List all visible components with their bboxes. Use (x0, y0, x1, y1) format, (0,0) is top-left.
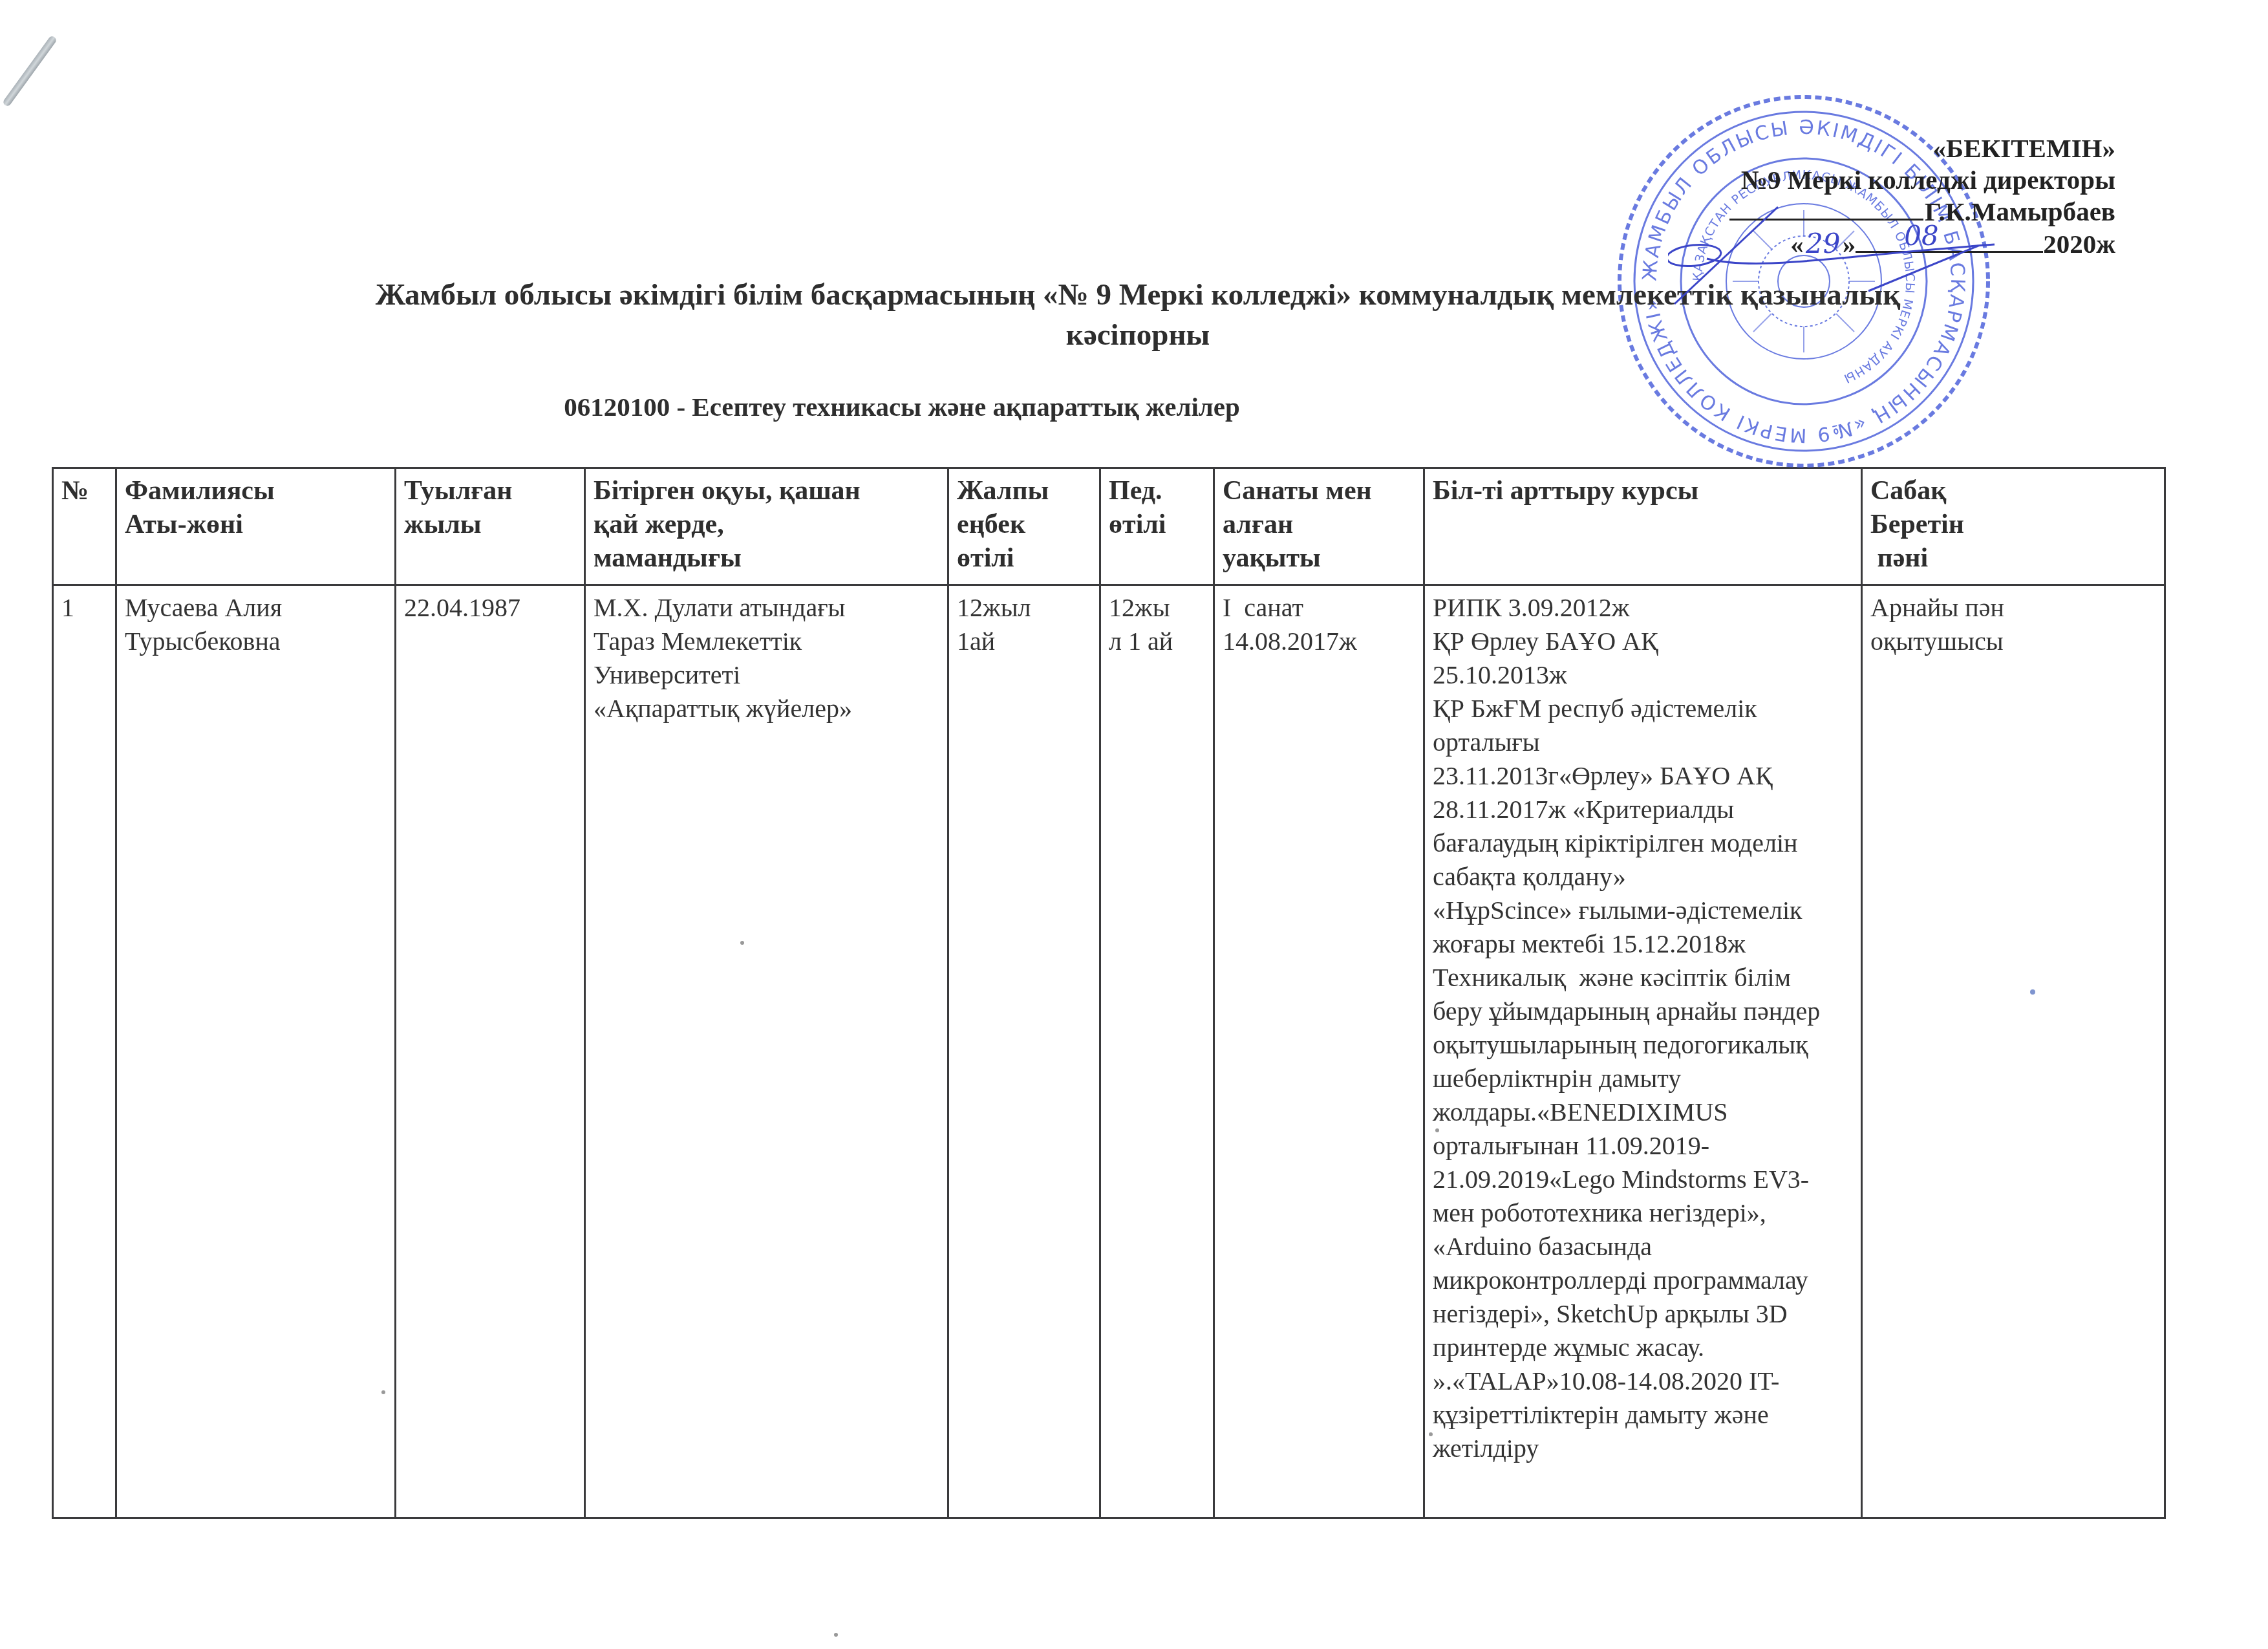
cell-text-line: қай жерде, (594, 508, 941, 541)
cell-text-line: орталығынан 11.09.2019- (1433, 1129, 1854, 1163)
cell-birth-date: 22.04.1987 (396, 585, 585, 1518)
cell-text-line: бағалаудың кіріктірілген моделін (1433, 826, 1854, 860)
cell-text-line: оқытушыларының педогогикалық (1433, 1028, 1854, 1062)
cell-text-line: жоғары мектебі 15.12.2018ж (1433, 927, 1854, 961)
header-ped-experience: Пед.өтілі (1100, 468, 1214, 585)
scan-speck (1429, 1432, 1433, 1436)
cell-text-line: негіздері», SketchUp арқылы 3D (1433, 1297, 1854, 1331)
cell-ped-experience: 12жыл 1 ай (1100, 585, 1214, 1518)
cell-text-line: Арнайы пән (1870, 591, 2157, 625)
title-line-1: Жамбыл облысы әкімдігі білім басқармасын… (123, 275, 2153, 315)
cell-text-line: Турысбековна (125, 625, 388, 658)
approval-heading: «БЕКІТЕМІН» (1729, 133, 2115, 164)
approval-block: «БЕКІТЕМІН» №9 Меркі колледжі директоры … (1729, 133, 2115, 260)
approval-name: Г.К.Мамырбаев (1925, 197, 2115, 226)
cell-text-line: Сабақ (1870, 474, 2157, 508)
cell-text-line: РИПК 3.09.2012ж (1433, 591, 1854, 625)
cell-full-name: Мусаева АлияТурысбековна (116, 585, 396, 1518)
cell-text-line: мен робототехника негіздері», (1433, 1196, 1854, 1230)
cell-total-experience: 12жыл1ай (948, 585, 1100, 1518)
header-birth-date: Туылғанжылы (396, 468, 585, 585)
cell-text-line: М.Х. Дулати атындағы (594, 591, 941, 625)
cell-text-line: құзіреттіліктерін дамыту және (1433, 1398, 1854, 1432)
cell-subject: Арнайы пәноқытушысы (1862, 585, 2165, 1518)
cell-number: 1 (53, 585, 116, 1518)
date-open-quote: « (1790, 229, 1804, 259)
cell-text-line: 25.10.2013ж (1433, 658, 1854, 692)
cell-text-line: еңбек (957, 508, 1093, 541)
signature-line (1729, 198, 1923, 221)
cell-text-line: 14.08.2017ж (1223, 625, 1417, 658)
cell-text-line: «Ақпараттық жүйелер» (594, 692, 941, 726)
cell-text-line: Беретін (1870, 508, 2157, 541)
scan-speck (834, 1633, 838, 1637)
date-month-handwritten: 08 (1904, 220, 1938, 252)
cell-text-line: мамандығы (594, 541, 941, 575)
table-header-row: № ФамилиясыАты-жөні Туылғанжылы Бітірген… (53, 468, 2165, 585)
staple-mark (2, 35, 58, 107)
cell-text-line: жылы (404, 508, 577, 541)
cell-text-line: Техникалық және кәсіптік білім (1433, 961, 1854, 995)
cell-text-line: Мусаева Алия (125, 591, 388, 625)
cell-text-line: жолдары.«BENEDIXIMUS (1433, 1095, 1854, 1129)
scan-speck (1435, 1128, 1439, 1132)
cell-text-line: 12жыл (957, 591, 1093, 625)
cell-courses: РИПК 3.09.2012жҚР Өрлеу БАҰО АҚ25.10.201… (1424, 585, 1862, 1518)
cell-text-line: 1ай (957, 625, 1093, 658)
staff-table: № ФамилиясыАты-жөні Туылғанжылы Бітірген… (52, 467, 2166, 1519)
cell-text-line: Біл-ті арттыру курсы (1433, 474, 1854, 508)
approval-position: №9 Меркі колледжі директоры (1729, 164, 2115, 196)
header-number: № (53, 468, 116, 585)
scan-speck (381, 1390, 385, 1394)
header-courses: Біл-ті арттыру курсы (1424, 468, 1862, 585)
cell-education: М.Х. Дулати атындағыТараз МемлекеттікУни… (585, 585, 948, 1518)
cell-text-line: өтілі (957, 541, 1093, 575)
cell-text-line: жетілдіру (1433, 1432, 1854, 1465)
date-month-line: 08 (1856, 230, 2043, 253)
header-education: Бітірген оқуы, қашанқай жерде,мамандығы (585, 468, 948, 585)
header-total-experience: Жалпыеңбекөтілі (948, 468, 1100, 585)
cell-text-line: оқытушысы (1870, 625, 2157, 658)
cell-text-line: принтерде жұмыс жасау. (1433, 1331, 1854, 1364)
cell-text-line: Туылған (404, 474, 577, 508)
cell-text-line: ҚР БжҒМ респуб әдістемелік (1433, 692, 1854, 726)
approval-date-row: «29»082020ж (1729, 228, 2115, 260)
cell-text-line: Фамилиясы (125, 474, 388, 508)
cell-text-line: шеберліктнрін дамыту (1433, 1062, 1854, 1095)
cell-text-line: пәні (1870, 541, 2157, 575)
cell-text-line: «НұрScince» ғылыми-әдістемелік (1433, 894, 1854, 927)
cell-text-line: I санат (1223, 591, 1417, 625)
header-subject: СабақБеретін пәні (1862, 468, 2165, 585)
cell-text-line: алған (1223, 508, 1417, 541)
table-row: 1 Мусаева АлияТурысбековна 22.04.1987 М.… (53, 585, 2165, 1518)
cell-text-line: Аты-жөні (125, 508, 388, 541)
date-close-quote: » (1843, 229, 1856, 259)
document-title: Жамбыл облысы әкімдігі білім басқармасын… (123, 275, 2153, 355)
cell-text-line: Университеті (594, 658, 941, 692)
cell-text-line: № (61, 474, 109, 508)
cell-text-line: ».«TALAP»10.08-14.08.2020 IT- (1433, 1364, 1854, 1398)
title-line-2: кәсіпорны (123, 315, 2153, 355)
cell-text-line: ҚР Өрлеу БАҰО АҚ (1433, 625, 1854, 658)
date-day-handwritten: 29 (1804, 228, 1843, 259)
cell-text-line: Санаты мен (1223, 474, 1417, 508)
cell-text-line: 21.09.2019«Lego Mindstorms EV3- (1433, 1163, 1854, 1196)
header-category: Санаты меналғануақыты (1214, 468, 1424, 585)
cell-text-line: орталығы (1433, 726, 1854, 759)
document-subtitle: 06120100 - Есептеу техникасы және ақпара… (0, 391, 1804, 422)
cell-text-line: л 1 ай (1109, 625, 1206, 658)
scan-speck (2030, 989, 2035, 995)
cell-text-line: 28.11.2017ж «Критериалды (1433, 793, 1854, 826)
scan-speck (740, 941, 744, 945)
cell-text-line: Пед. (1109, 474, 1206, 508)
cell-text-line: уақыты (1223, 541, 1417, 575)
date-year: 2020ж (2043, 229, 2115, 259)
cell-text-line: беру ұйымдарының арнайы пәндер (1433, 995, 1854, 1028)
cell-text-line: Бітірген оқуы, қашан (594, 474, 941, 508)
cell-category: I санат14.08.2017ж (1214, 585, 1424, 1518)
cell-text-line: 12жы (1109, 591, 1206, 625)
cell-text-line: 23.11.2013г«Өрлеу» БАҰО АҚ (1433, 759, 1854, 793)
cell-text-line: сабақта қолдану» (1433, 860, 1854, 894)
header-full-name: ФамилиясыАты-жөні (116, 468, 396, 585)
cell-text-line: Тараз Мемлекеттік (594, 625, 941, 658)
cell-text-line: өтілі (1109, 508, 1206, 541)
cell-text-line: микроконтроллерді программалау (1433, 1264, 1854, 1297)
cell-text-line: «Arduino базасында (1433, 1230, 1854, 1264)
cell-text-line: Жалпы (957, 474, 1093, 508)
